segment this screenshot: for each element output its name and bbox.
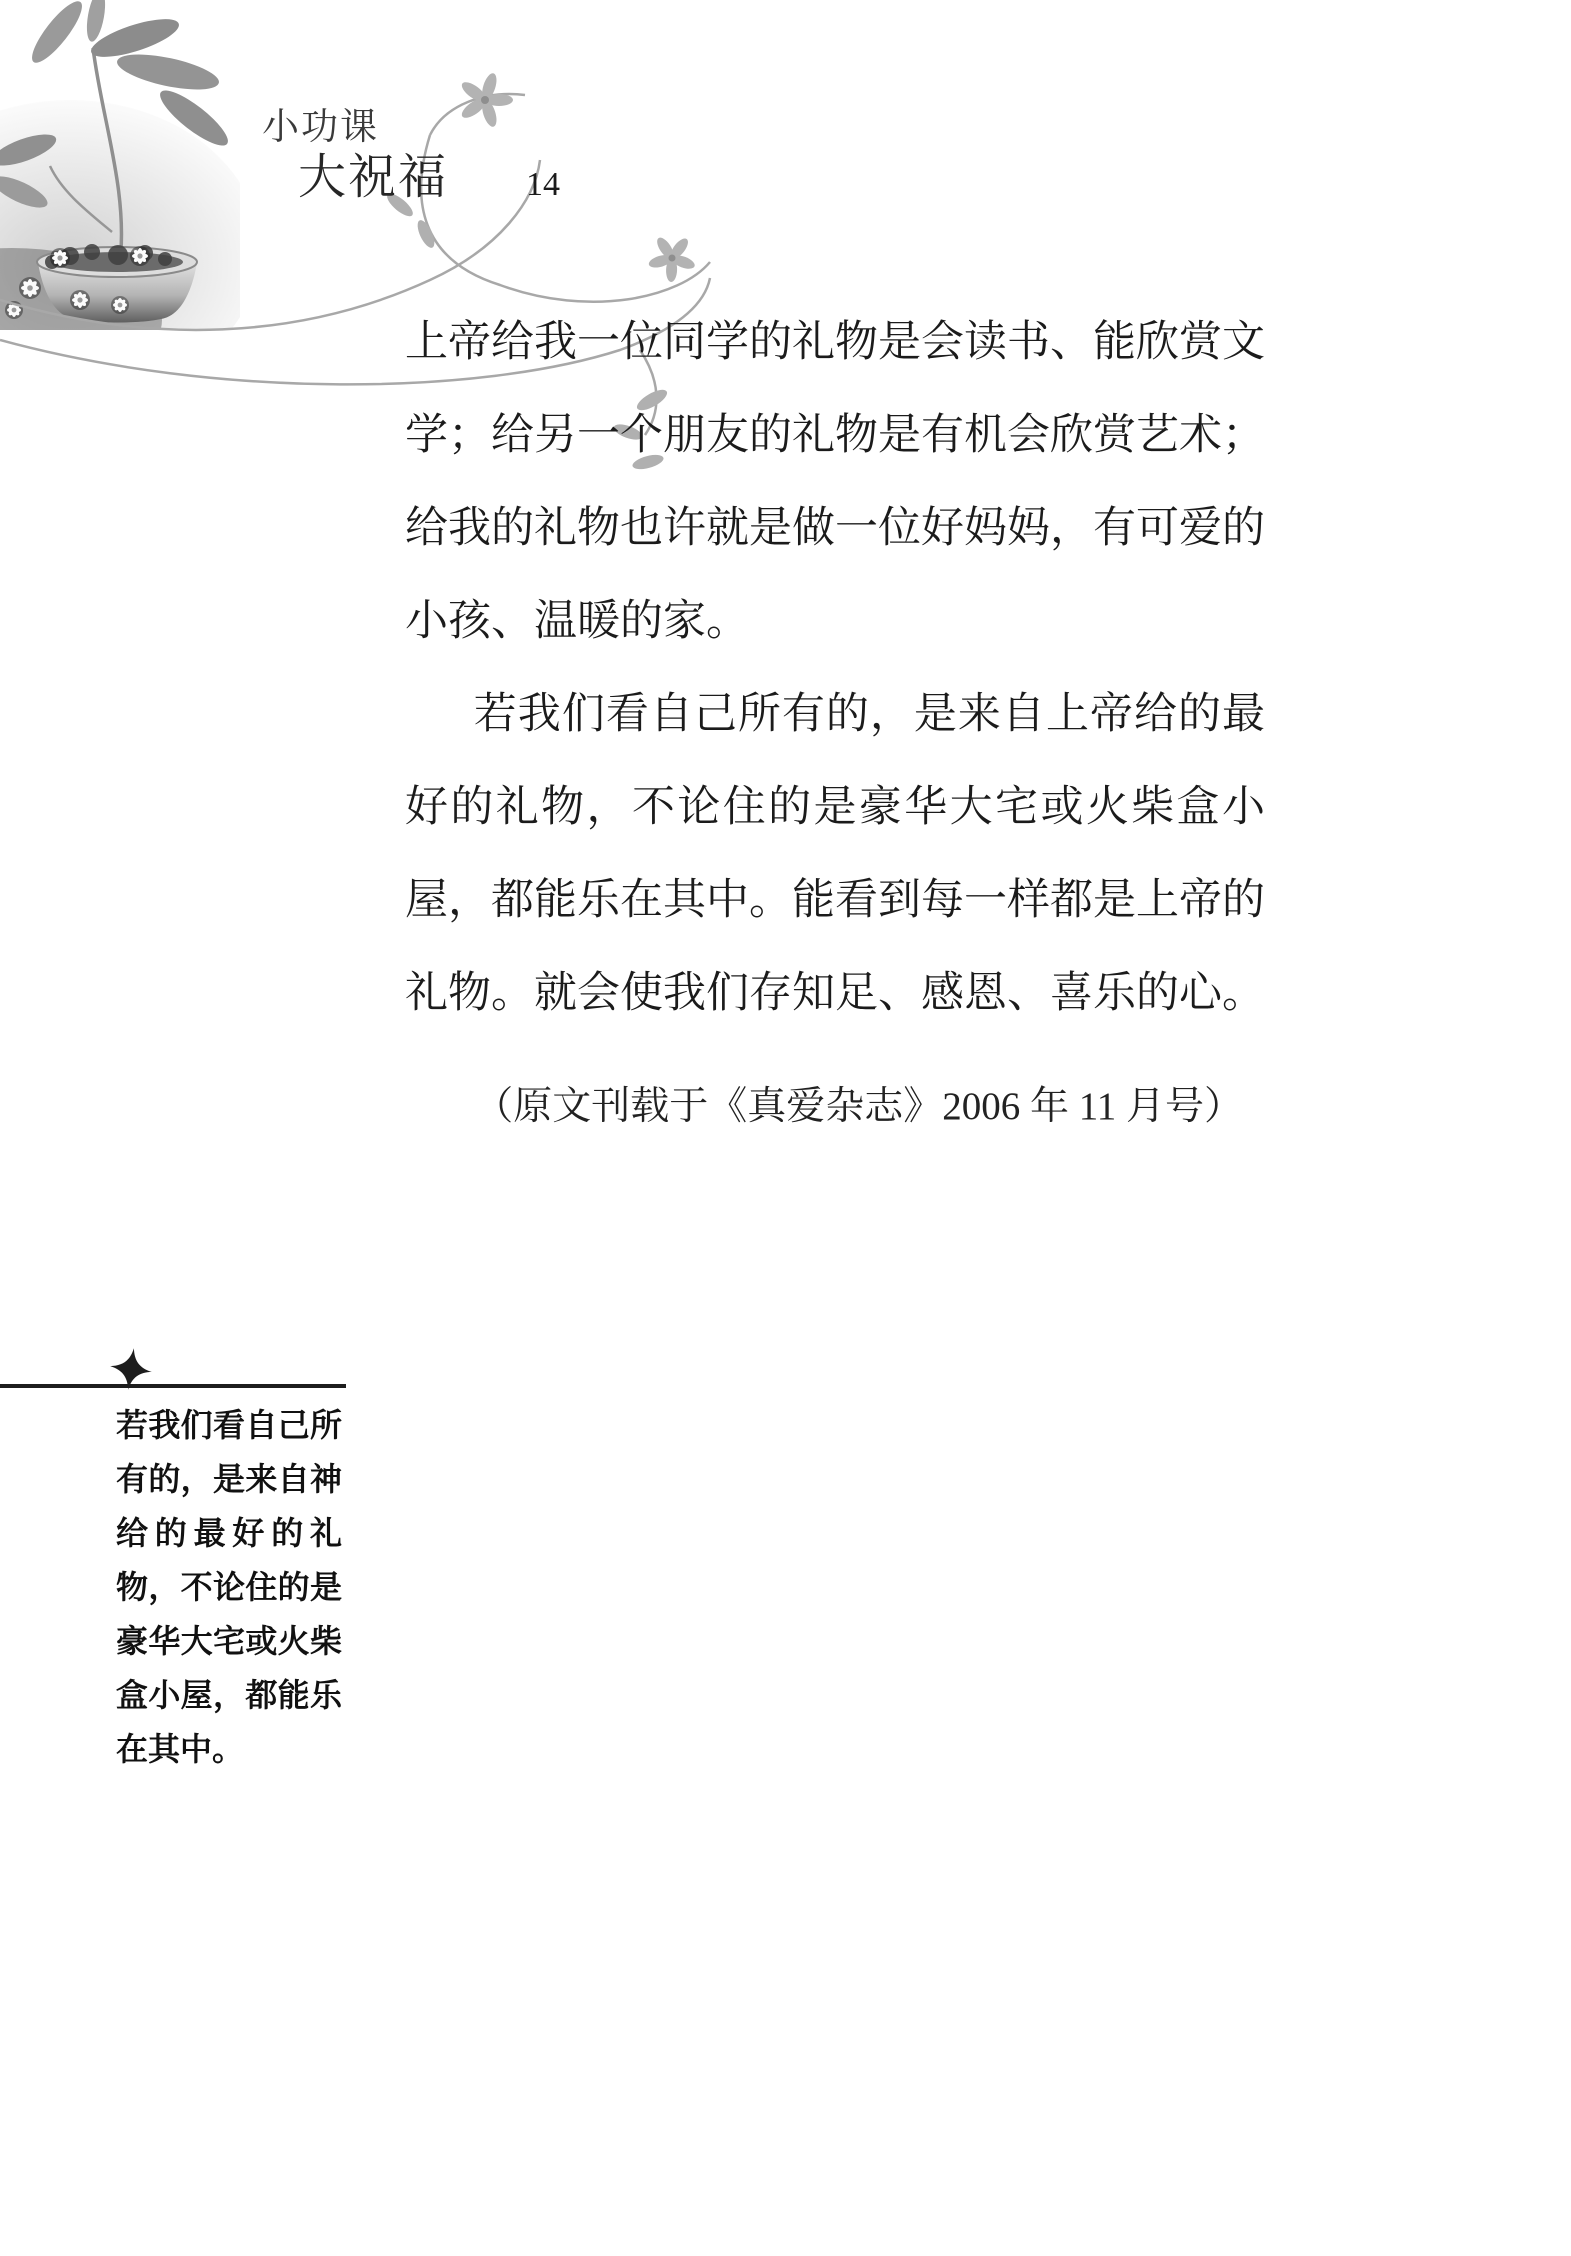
page: 小功课 大祝福 14 上帝给我一位同学的礼物是会读书、能欣赏文学；给另一个朋友的… xyxy=(0,0,1571,2256)
paragraph: 上帝给我一位同学的礼物是会读书、能欣赏文学；给另一个朋友的礼物是有机会欣赏艺术；… xyxy=(405,296,1265,668)
flourish-flower xyxy=(647,235,696,282)
white-flowers xyxy=(5,246,150,319)
margin-note-divider xyxy=(0,1384,346,1388)
citation: （原文刊载于《真爱杂志》2006 年 11 月号） xyxy=(405,1062,1265,1152)
margin-note-text: 若我们看自己所有的，是来自神给的最好的礼物，不论住的是豪华大宅或火柴盒小屋，都能… xyxy=(116,1398,342,1776)
page-number: 14 xyxy=(526,166,560,204)
section-title: 大祝福 xyxy=(298,138,448,207)
flourish-flower xyxy=(459,72,513,129)
plant-photo xyxy=(0,0,240,330)
paragraph: 若我们看自己所有的，是来自上帝给的最好的礼物，不论住的是豪华大宅或火柴盒小屋，都… xyxy=(405,668,1265,1040)
body-text: 上帝给我一位同学的礼物是会读书、能欣赏文学；给另一个朋友的礼物是有机会欣赏艺术；… xyxy=(405,296,1265,1152)
